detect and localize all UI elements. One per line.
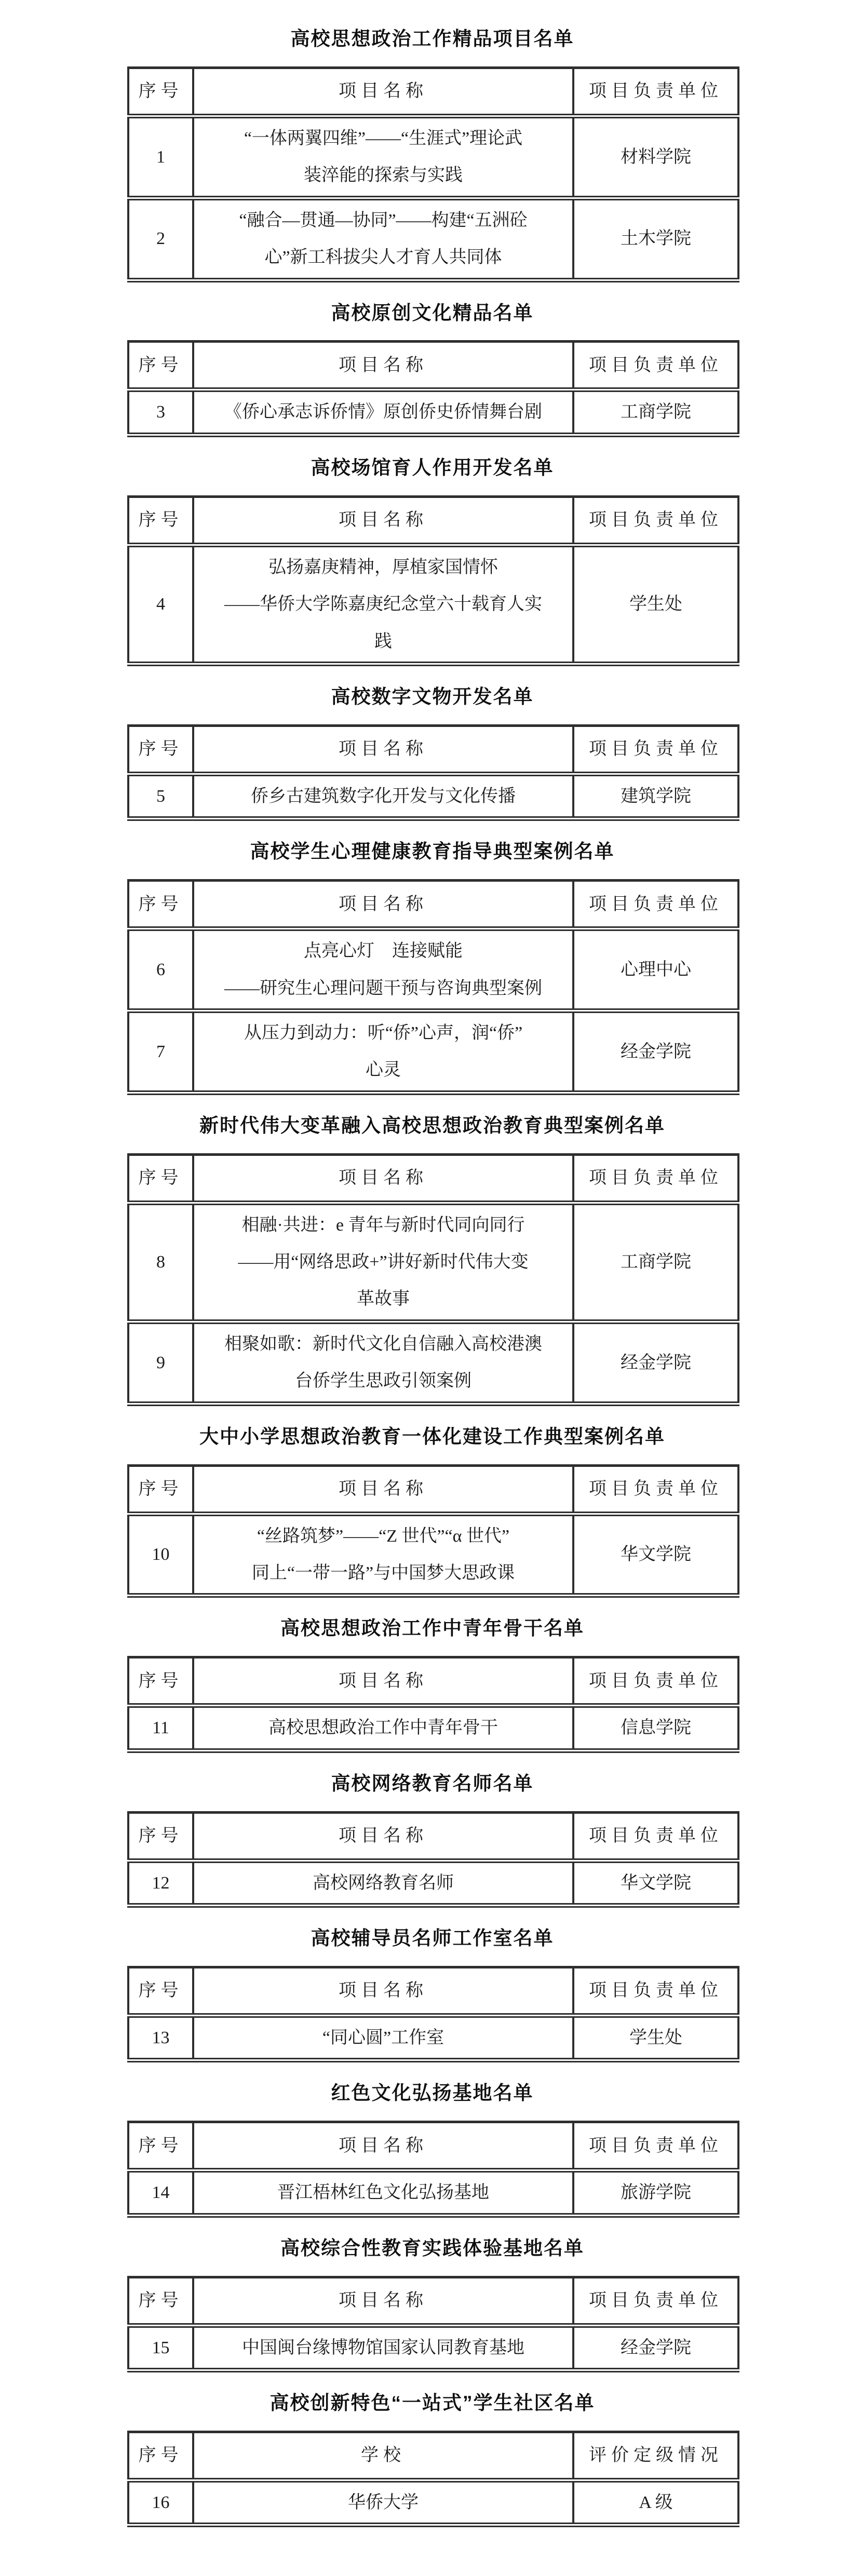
- cell-index: 1: [128, 116, 193, 198]
- cell-index: 15: [128, 2325, 193, 2370]
- cell-project-name: “同心圆”工作室: [193, 2015, 573, 2060]
- header-row: 序号 项目名称 项目负责单位: [128, 1657, 738, 1706]
- header-row: 序号 项目名称 项目负责单位: [128, 342, 738, 390]
- col-header-unit: 项目负责单位: [573, 1657, 738, 1706]
- header-row: 序号 项目名称 项目负责单位: [128, 2122, 738, 2170]
- col-header-index: 序号: [128, 1657, 193, 1706]
- cell-unit: 经金学院: [573, 1010, 738, 1093]
- col-header-unit: 项目负责单位: [573, 68, 738, 116]
- header-row: 序号 项目名称 项目负责单位: [128, 1967, 738, 2015]
- header-row: 序号 项目名称 项目负责单位: [128, 496, 738, 545]
- section-title: 大中小学思想政治教育一体化建设工作典型案例名单: [127, 1424, 737, 1450]
- cell-project-name: 弘扬嘉庚精神，厚植家国情怀 ——华侨大学陈嘉庚纪念堂六十载育人实 践: [193, 545, 573, 664]
- table-row: 15 中国闽台缘博物馆国家认同教育基地 经金学院: [128, 2325, 738, 2370]
- cell-unit: 旅游学院: [573, 2170, 738, 2215]
- cell-project-name: “一体两翼四维”——“生涯式”理论武 装淬能的探索与实践: [193, 116, 573, 198]
- cell-project-name: 侨乡古建筑数字化开发与文化传播: [193, 774, 573, 818]
- col-header-school: 学校: [193, 2432, 573, 2480]
- cell-index: 4: [128, 545, 193, 664]
- section-weida-biange: 新时代伟大变革融入高校思想政治教育典型案例名单 序号 项目名称 项目负责单位 8…: [127, 1113, 737, 1406]
- section-title: 高校综合性教育实践体验基地名单: [127, 2235, 737, 2261]
- table-row: 3 《侨心承志诉侨情》原创侨史侨情舞台剧 工商学院: [128, 390, 738, 435]
- col-header-index: 序号: [128, 1465, 193, 1514]
- header-row: 序号 项目名称 项目负责单位: [128, 68, 738, 116]
- roster-table: 序号 项目名称 项目负责单位 10 “丝路筑梦”——“Z 世代”“α 世代” 同…: [127, 1464, 739, 1598]
- cell-index: 14: [128, 2170, 193, 2215]
- col-header-index: 序号: [128, 68, 193, 116]
- roster-table: 序号 项目名称 项目负责单位 3 《侨心承志诉侨情》原创侨史侨情舞台剧 工商学院: [127, 340, 739, 437]
- table-row: 16 华侨大学 A 级: [128, 2480, 738, 2525]
- roster-table: 序号 项目名称 项目负责单位 12 高校网络教育名师 华文学院: [127, 1811, 739, 1908]
- header-row: 序号 项目名称 项目负责单位: [128, 1465, 738, 1514]
- cell-index: 11: [128, 1706, 193, 1750]
- cell-index: 8: [128, 1203, 193, 1321]
- table-row: 13 “同心圆”工作室 学生处: [128, 2015, 738, 2060]
- col-header-unit: 项目负责单位: [573, 2122, 738, 2170]
- col-header-unit: 项目负责单位: [573, 342, 738, 390]
- col-header-unit: 项目负责单位: [573, 881, 738, 929]
- section-xinli-jiankang: 高校学生心理健康教育指导典型案例名单 序号 项目名称 项目负责单位 6 点亮心灯…: [127, 839, 737, 1095]
- table-row: 6 点亮心灯 连接赋能 ——研究生心理问题干预与咨询典型案例 心理中心: [128, 929, 738, 1011]
- cell-index: 7: [128, 1010, 193, 1093]
- col-header-index: 序号: [128, 342, 193, 390]
- table-row: 14 晋江梧林红色文化弘扬基地 旅游学院: [128, 2170, 738, 2215]
- cell-project-name: “融合—贯通—协同”——构建“五洲砼 心”新工科拔尖人才育人共同体: [193, 198, 573, 280]
- cell-unit: 材料学院: [573, 116, 738, 198]
- col-header-index: 序号: [128, 881, 193, 929]
- document-page: 高校思想政治工作精品项目名单 序号 项目名称 项目负责单位 1 “一体两翼四维”…: [0, 0, 862, 2576]
- table-row: 9 相聚如歌：新时代文化自信融入高校港澳 台侨学生思政引领案例 经金学院: [128, 1321, 738, 1404]
- cell-unit: 经金学院: [573, 2325, 738, 2370]
- section-yitihua-jianshe: 大中小学思想政治教育一体化建设工作典型案例名单 序号 项目名称 项目负责单位 1…: [127, 1424, 737, 1598]
- table-row: 10 “丝路筑梦”——“Z 世代”“α 世代” 同上“一带一路”与中国梦大思政课…: [128, 1514, 738, 1596]
- col-header-project: 项目名称: [193, 2277, 573, 2325]
- cell-unit: 信息学院: [573, 1706, 738, 1750]
- section-title: 红色文化弘扬基地名单: [127, 2080, 737, 2106]
- col-header-project: 项目名称: [193, 725, 573, 774]
- col-header-index: 序号: [128, 725, 193, 774]
- header-row: 序号 项目名称 项目负责单位: [128, 1154, 738, 1203]
- col-header-project: 项目名称: [193, 496, 573, 545]
- header-row: 序号 项目名称 项目负责单位: [128, 881, 738, 929]
- cell-index: 6: [128, 929, 193, 1011]
- roster-table: 序号 项目名称 项目负责单位 6 点亮心灯 连接赋能 ——研究生心理问题干预与咨…: [127, 879, 739, 1095]
- col-header-unit: 项目负责单位: [573, 496, 738, 545]
- section-title: 高校数字文物开发名单: [127, 684, 737, 710]
- col-header-rating: 评价定级情况: [573, 2432, 738, 2480]
- cell-unit: 华文学院: [573, 1860, 738, 1905]
- col-header-project: 项目名称: [193, 1657, 573, 1706]
- roster-table: 序号 项目名称 项目负责单位 8 相融·共进：e 青年与新时代同向同行 ——用“…: [127, 1153, 739, 1406]
- section-title: 高校创新特色“一站式”学生社区名单: [127, 2390, 737, 2416]
- col-header-index: 序号: [128, 2277, 193, 2325]
- cell-unit: 工商学院: [573, 390, 738, 435]
- cell-index: 10: [128, 1514, 193, 1596]
- cell-project-name: 点亮心灯 连接赋能 ——研究生心理问题干预与咨询典型案例: [193, 929, 573, 1011]
- header-row: 序号 学校 评价定级情况: [128, 2432, 738, 2480]
- col-header-index: 序号: [128, 1154, 193, 1203]
- section-yizhanshi-shequ: 高校创新特色“一站式”学生社区名单 序号 学校 评价定级情况 16 华侨大学 A…: [127, 2390, 737, 2527]
- col-header-project: 项目名称: [193, 1154, 573, 1203]
- col-header-index: 序号: [128, 1967, 193, 2015]
- cell-index: 5: [128, 774, 193, 818]
- cell-unit: 学生处: [573, 545, 738, 664]
- section-wangluo-jiaoyu-mingshi: 高校网络教育名师名单 序号 项目名称 项目负责单位 12 高校网络教育名师 华文…: [127, 1771, 737, 1908]
- cell-index: 3: [128, 390, 193, 435]
- section-yuanchuang-wenhua: 高校原创文化精品名单 序号 项目名称 项目负责单位 3 《侨心承志诉侨情》原创侨…: [127, 300, 737, 437]
- section-shuzi-wenwu: 高校数字文物开发名单 序号 项目名称 项目负责单位 5 侨乡古建筑数字化开发与文…: [127, 684, 737, 821]
- cell-unit: 学生处: [573, 2015, 738, 2060]
- cell-unit: 华文学院: [573, 1514, 738, 1596]
- table-row: 8 相融·共进：e 青年与新时代同向同行 ——用“网络思政+”讲好新时代伟大变 …: [128, 1203, 738, 1321]
- table-row: 4 弘扬嘉庚精神，厚植家国情怀 ——华侨大学陈嘉庚纪念堂六十载育人实 践 学生处: [128, 545, 738, 664]
- col-header-project: 项目名称: [193, 2122, 573, 2170]
- header-row: 序号 项目名称 项目负责单位: [128, 2277, 738, 2325]
- cell-school-name: 华侨大学: [193, 2480, 573, 2525]
- table-row: 2 “融合—贯通—协同”——构建“五洲砼 心”新工科拔尖人才育人共同体 土木学院: [128, 198, 738, 280]
- roster-table: 序号 项目名称 项目负责单位 1 “一体两翼四维”——“生涯式”理论武 装淬能的…: [127, 66, 739, 282]
- col-header-project: 项目名称: [193, 1812, 573, 1860]
- col-header-unit: 项目负责单位: [573, 1465, 738, 1514]
- cell-index: 13: [128, 2015, 193, 2060]
- cell-index: 16: [128, 2480, 193, 2525]
- cell-index: 12: [128, 1860, 193, 1905]
- section-title: 高校网络教育名师名单: [127, 1771, 737, 1797]
- col-header-index: 序号: [128, 2432, 193, 2480]
- cell-project-name: 中国闽台缘博物馆国家认同教育基地: [193, 2325, 573, 2370]
- col-header-index: 序号: [128, 1812, 193, 1860]
- section-title: 高校学生心理健康教育指导典型案例名单: [127, 839, 737, 865]
- table-row: 11 高校思想政治工作中青年骨干 信息学院: [128, 1706, 738, 1750]
- col-header-unit: 项目负责单位: [573, 1812, 738, 1860]
- col-header-project: 项目名称: [193, 1465, 573, 1514]
- cell-index: 9: [128, 1321, 193, 1404]
- section-fudaoyuan-gongzuoshi: 高校辅导员名师工作室名单 序号 项目名称 项目负责单位 13 “同心圆”工作室 …: [127, 1925, 737, 2062]
- roster-table: 序号 项目名称 项目负责单位 11 高校思想政治工作中青年骨干 信息学院: [127, 1656, 739, 1752]
- section-changguan-yuren: 高校场馆育人作用开发名单 序号 项目名称 项目负责单位 4 弘扬嘉庚精神，厚植家…: [127, 455, 737, 666]
- section-title: 高校辅导员名师工作室名单: [127, 1925, 737, 1951]
- section-zhongqingnian-gugan: 高校思想政治工作中青年骨干名单 序号 项目名称 项目负责单位 11 高校思想政治…: [127, 1615, 737, 1752]
- cell-unit: 工商学院: [573, 1203, 738, 1321]
- roster-table: 序号 项目名称 项目负责单位 15 中国闽台缘博物馆国家认同教育基地 经金学院: [127, 2276, 739, 2372]
- col-header-unit: 项目负责单位: [573, 1967, 738, 2015]
- cell-project-name: 相聚如歌：新时代文化自信融入高校港澳 台侨学生思政引领案例: [193, 1321, 573, 1404]
- col-header-unit: 项目负责单位: [573, 725, 738, 774]
- cell-project-name: 从压力到动力：听“侨”心声，润“侨” 心灵: [193, 1010, 573, 1093]
- cell-project-name: 高校网络教育名师: [193, 1860, 573, 1905]
- section-title: 高校思想政治工作精品项目名单: [127, 26, 737, 52]
- section-title: 高校思想政治工作中青年骨干名单: [127, 1615, 737, 1641]
- section-title: 高校场馆育人作用开发名单: [127, 455, 737, 481]
- col-header-project: 项目名称: [193, 881, 573, 929]
- section-title: 新时代伟大变革融入高校思想政治教育典型案例名单: [127, 1113, 737, 1139]
- table-row: 12 高校网络教育名师 华文学院: [128, 1860, 738, 1905]
- cell-project-name: 相融·共进：e 青年与新时代同向同行 ——用“网络思政+”讲好新时代伟大变 革故…: [193, 1203, 573, 1321]
- col-header-project: 项目名称: [193, 68, 573, 116]
- table-row: 7 从压力到动力：听“侨”心声，润“侨” 心灵 经金学院: [128, 1010, 738, 1093]
- cell-unit: 经金学院: [573, 1321, 738, 1404]
- table-row: 1 “一体两翼四维”——“生涯式”理论武 装淬能的探索与实践 材料学院: [128, 116, 738, 198]
- section-hongse-wenhua: 红色文化弘扬基地名单 序号 项目名称 项目负责单位 14 晋江梧林红色文化弘扬基…: [127, 2080, 737, 2217]
- cell-project-name: 高校思想政治工作中青年骨干: [193, 1706, 573, 1750]
- cell-unit: 心理中心: [573, 929, 738, 1011]
- roster-table: 序号 项目名称 项目负责单位 4 弘扬嘉庚精神，厚植家国情怀 ——华侨大学陈嘉庚…: [127, 495, 739, 666]
- col-header-project: 项目名称: [193, 342, 573, 390]
- cell-project-name: “丝路筑梦”——“Z 世代”“α 世代” 同上“一带一路”与中国梦大思政课: [193, 1514, 573, 1596]
- col-header-project: 项目名称: [193, 1967, 573, 2015]
- col-header-unit: 项目负责单位: [573, 2277, 738, 2325]
- header-row: 序号 项目名称 项目负责单位: [128, 725, 738, 774]
- roster-table: 序号 项目名称 项目负责单位 13 “同心圆”工作室 学生处: [127, 1966, 739, 2062]
- section-jingpin-xiangmu: 高校思想政治工作精品项目名单 序号 项目名称 项目负责单位 1 “一体两翼四维”…: [127, 26, 737, 282]
- cell-index: 2: [128, 198, 193, 280]
- col-header-unit: 项目负责单位: [573, 1154, 738, 1203]
- roster-table: 序号 项目名称 项目负责单位 14 晋江梧林红色文化弘扬基地 旅游学院: [127, 2121, 739, 2217]
- cell-project-name: 晋江梧林红色文化弘扬基地: [193, 2170, 573, 2215]
- roster-table: 序号 项目名称 项目负责单位 5 侨乡古建筑数字化开发与文化传播 建筑学院: [127, 724, 739, 821]
- table-row: 5 侨乡古建筑数字化开发与文化传播 建筑学院: [128, 774, 738, 818]
- cell-rating: A 级: [573, 2480, 738, 2525]
- header-row: 序号 项目名称 项目负责单位: [128, 1812, 738, 1860]
- roster-table: 序号 学校 评价定级情况 16 华侨大学 A 级: [127, 2431, 739, 2527]
- cell-unit: 建筑学院: [573, 774, 738, 818]
- col-header-index: 序号: [128, 496, 193, 545]
- cell-project-name: 《侨心承志诉侨情》原创侨史侨情舞台剧: [193, 390, 573, 435]
- section-shijian-tiyan-jidi: 高校综合性教育实践体验基地名单 序号 项目名称 项目负责单位 15 中国闽台缘博…: [127, 2235, 737, 2372]
- section-title: 高校原创文化精品名单: [127, 300, 737, 326]
- cell-unit: 土木学院: [573, 198, 738, 280]
- col-header-index: 序号: [128, 2122, 193, 2170]
